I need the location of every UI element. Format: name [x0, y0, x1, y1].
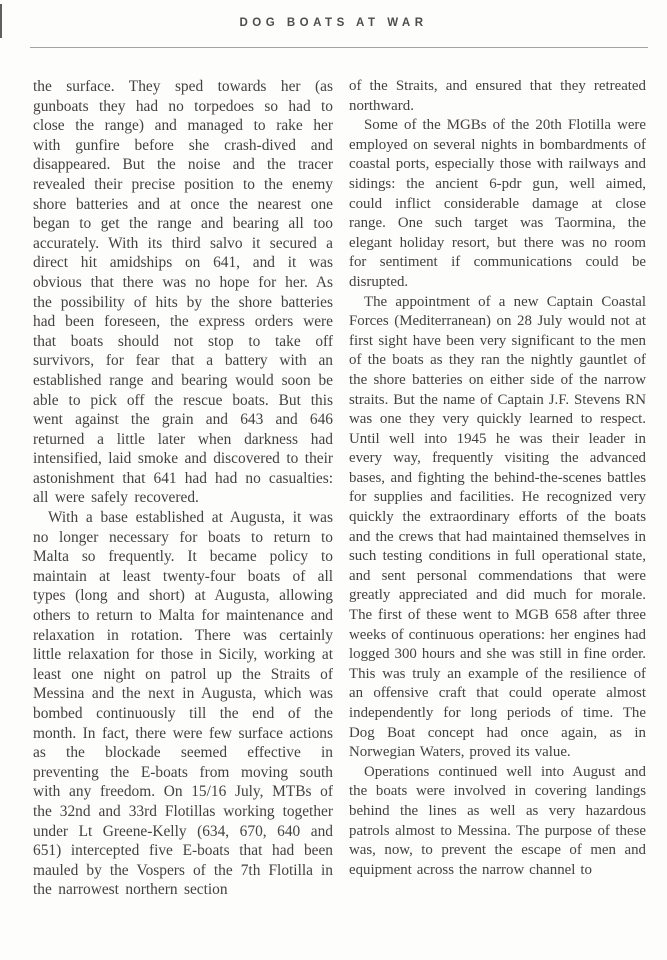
paragraph: The appointment of a new Captain Coastal… [349, 293, 646, 763]
header-rule-divider [30, 47, 648, 48]
paragraph: With a base established at Augusta, it w… [33, 508, 333, 900]
paragraph: of the Straits, and ensured that they re… [349, 77, 646, 116]
paragraph: Some of the MGBs of the 20th Flotilla we… [349, 116, 646, 292]
book-page: DOG BOATS AT WAR the surface. They sped … [0, 0, 667, 960]
paragraph: the surface. They sped towards her (as g… [33, 77, 333, 508]
paragraph: Operations continued well into August an… [349, 763, 646, 881]
left-text-column: the surface. They sped towards her (as g… [33, 77, 333, 900]
running-header-title: DOG BOATS AT WAR [0, 17, 667, 29]
text-columns: the surface. They sped towards her (as g… [33, 77, 646, 900]
right-text-column: of the Straits, and ensured that they re… [349, 77, 646, 900]
